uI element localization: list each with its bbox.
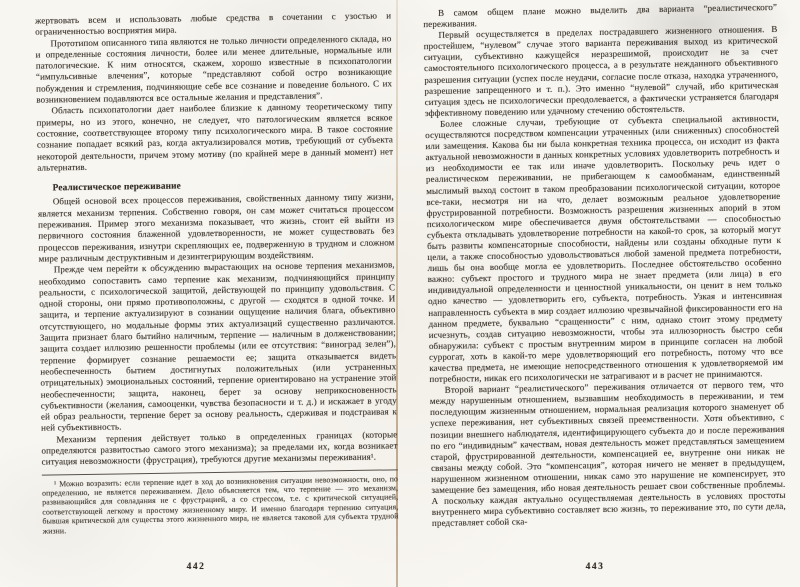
right-page-text-block: В самом общем плане можно выделить два в… bbox=[423, 0, 786, 529]
paragraph: Первый осуществляется в пределах пострад… bbox=[423, 24, 778, 119]
page-number-left: 442 bbox=[18, 562, 374, 572]
page-number-right: 443 bbox=[418, 562, 772, 572]
paragraph: Второй вариант “реалистического” пережив… bbox=[430, 379, 786, 529]
left-page: жертвовать всем и использовать любые сре… bbox=[36, 0, 392, 587]
paragraph: Более сложные случаи, требующие от субъе… bbox=[425, 113, 784, 385]
footnote: ¹ Можно возразить: если терпение идет в … bbox=[42, 474, 399, 536]
right-page: В самом общем плане можно выделить два в… bbox=[424, 0, 778, 587]
left-page-text-block: жертвовать всем и использовать любые сре… bbox=[35, 0, 399, 536]
book-scan-spread: жертвовать всем и использовать любые сре… bbox=[0, 0, 800, 587]
paragraph: Механизм терпения действует только в опр… bbox=[41, 429, 397, 468]
paragraph: Прототипом описанного типа являются не т… bbox=[35, 33, 392, 106]
paragraph: Прежде чем перейти к обсуждению вырастаю… bbox=[39, 260, 397, 435]
paragraph: Общей основой всех процессов переживания… bbox=[38, 192, 395, 265]
paragraph: Область психопатологии дает наиболее бли… bbox=[36, 101, 393, 174]
